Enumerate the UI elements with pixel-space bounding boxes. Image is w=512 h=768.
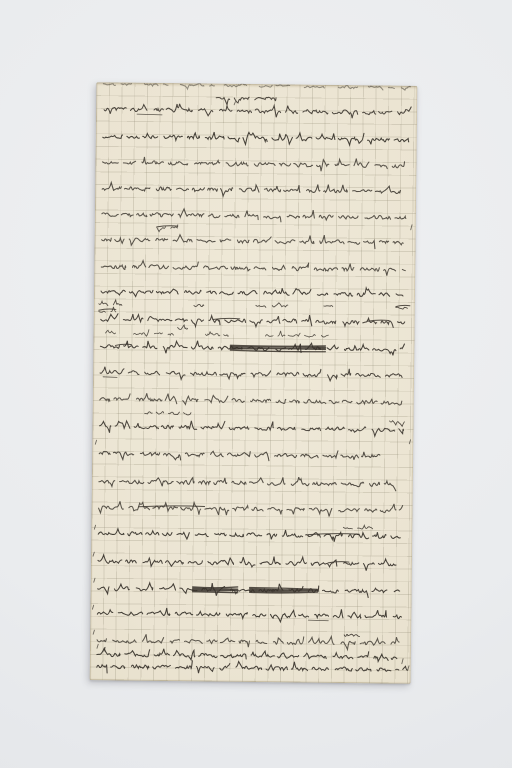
strikethrough <box>99 309 116 311</box>
handwriting-line <box>98 528 400 543</box>
handwriting-line <box>390 421 405 427</box>
margin-mark <box>402 659 403 664</box>
margin-mark <box>97 644 98 648</box>
handwriting-line <box>178 325 188 330</box>
heavy-strikethrough <box>250 588 318 594</box>
handwriting-layer <box>90 82 418 684</box>
handwriting-line <box>102 182 400 198</box>
photo-background <box>0 0 512 768</box>
margin-mark <box>411 225 412 230</box>
handwriting-line <box>102 233 404 249</box>
handwriting-line <box>99 420 403 437</box>
margin-mark <box>93 630 94 634</box>
handwriting-line <box>216 97 276 106</box>
handwriting-line <box>98 555 396 571</box>
handwriting-line <box>103 82 410 91</box>
handwriting-line <box>100 393 402 407</box>
handwriting-line <box>97 660 408 677</box>
handwriting-line <box>99 501 403 518</box>
handwriting-line <box>101 313 405 329</box>
margin-mark <box>409 440 410 444</box>
strikethrough <box>396 305 410 306</box>
manuscript-page <box>90 82 418 684</box>
margin-mark <box>92 605 93 609</box>
strikethrough <box>308 533 359 535</box>
handwriting-line <box>100 366 402 382</box>
underline <box>137 114 162 115</box>
margin-mark <box>94 578 95 582</box>
underline <box>308 620 328 621</box>
handwriting-line <box>344 634 360 636</box>
handwriting-line <box>106 329 329 338</box>
margin-mark <box>408 666 409 670</box>
handwriting-line <box>102 208 406 224</box>
handwriting-line <box>99 475 396 491</box>
handwriting-line <box>99 448 380 462</box>
margin-mark <box>93 552 94 556</box>
heavy-strikethrough <box>193 586 238 592</box>
handwriting-line <box>98 582 400 598</box>
handwriting-line <box>101 285 403 299</box>
handwriting-line <box>101 260 405 276</box>
handwriting-line <box>343 525 372 529</box>
handwriting-line <box>103 130 409 146</box>
handwriting-line <box>102 156 404 173</box>
handwriting-line <box>145 411 191 415</box>
handwriting-line <box>104 103 411 119</box>
handwriting-line <box>97 648 397 662</box>
handwriting-line <box>99 300 408 309</box>
margin-mark <box>95 440 96 444</box>
margin-mark <box>234 102 235 105</box>
underline <box>103 377 117 378</box>
margin-mark <box>94 525 95 529</box>
handwriting-line <box>97 607 401 624</box>
heavy-strikethrough <box>230 345 325 352</box>
